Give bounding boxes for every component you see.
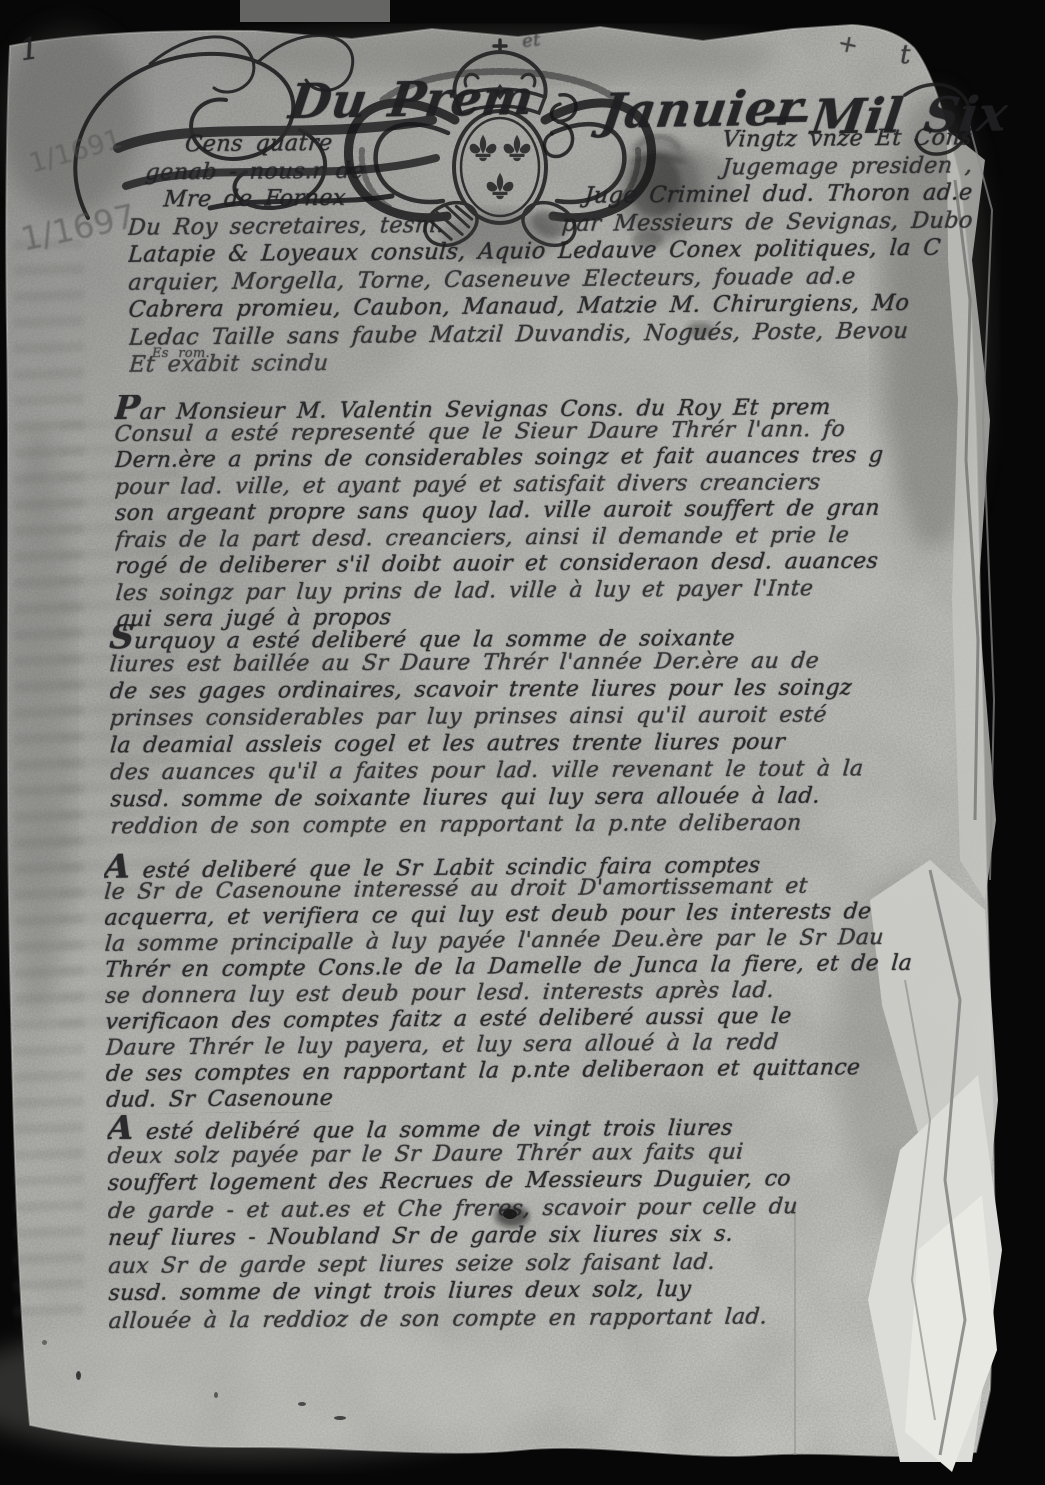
header-line: genab - nous.r de [127, 157, 365, 187]
top-tick-mark: t [900, 40, 911, 70]
ink-speck [214, 1392, 218, 1398]
paragraph-block-4: A esté delibéré que la somme de vingt tr… [107, 1109, 969, 1335]
header-line: Vingtz vnze Et Cons [721, 124, 973, 154]
ink-speck [298, 1402, 306, 1406]
header-line: Mre de Fornex [127, 185, 347, 214]
paragraph-block-1: Par Monsieur M. Valentin Sevignas Cons. … [114, 389, 974, 633]
paragraph-block-3: A esté deliberé que le Sr Labit scindic … [104, 846, 968, 1114]
header-line: Jugemage presiden , [721, 152, 973, 182]
header-line: Cens quatre [127, 130, 334, 159]
header-interline: Es rom. [152, 346, 210, 361]
header-block: Cens quatreVingtz vnze Et Cons genab - n… [127, 124, 974, 379]
header-line: Juge Criminel dud. Thoron ad.e [583, 179, 973, 210]
manuscript-line-underlined: dud. Sr Casenoune [105, 1086, 334, 1114]
scanner-artifact [240, 0, 390, 22]
ink-speck [42, 1340, 47, 1345]
paragraph-block-2: Surquoy a esté deliberé que la somme de … [109, 620, 970, 841]
scan-background: 1 1/1691 1/1697 + t et Du Prem Januier —… [0, 0, 1045, 1485]
header-line: par Messieurs de Sevignas, Dubo [561, 207, 974, 238]
ink-speck [334, 1416, 346, 1420]
title-word-1: Du Prem [286, 70, 538, 130]
manuscript-line: reddion de son compte en rapportant la p… [109, 809, 970, 841]
ink-speck [76, 1371, 81, 1380]
header-line: Du Roy secretaires, tesm. [127, 211, 445, 241]
top-scribble: et [521, 29, 542, 52]
